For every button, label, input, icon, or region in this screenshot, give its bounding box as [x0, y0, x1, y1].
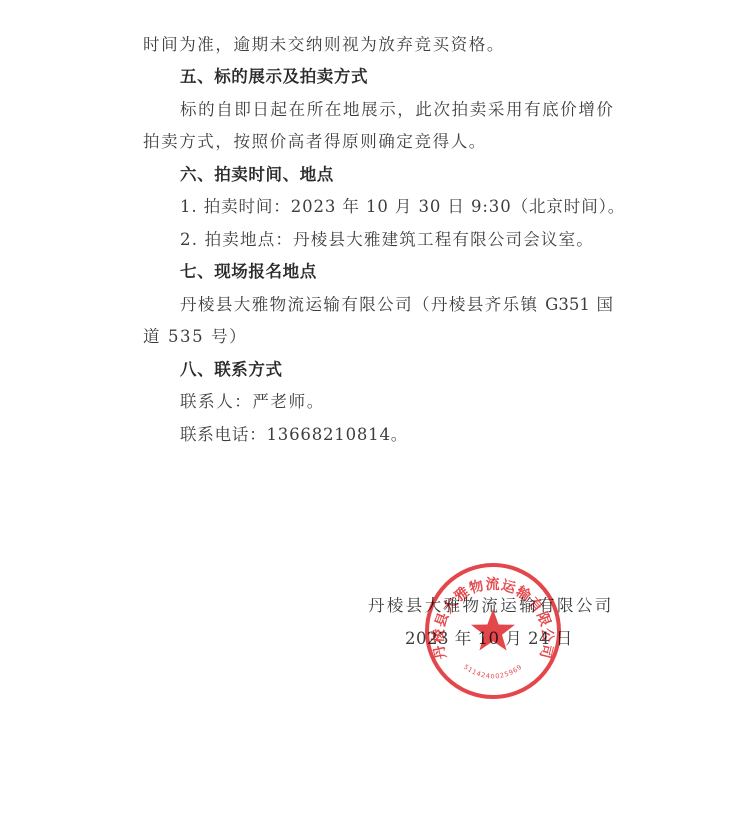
company-seal-stamp-icon: 丹棱县大雅物流运输有限公司 5114240025969	[423, 561, 563, 701]
registration-location-line-2: 道 535 号）	[143, 326, 613, 348]
contact-person: 联系人：严老师。	[180, 391, 613, 413]
auction-location-item: 2. 拍卖地点：丹棱县大雅建筑工程有限公司会议室。	[180, 229, 613, 251]
contact-phone: 联系电话：13668210814。	[180, 424, 613, 446]
auction-time-item: 1. 拍卖时间：2023 年 10 月 30 日 9:30（北京时间）。	[180, 196, 613, 218]
section-6-heading: 六、拍卖时间、地点	[180, 164, 613, 186]
svg-text:5114240025969: 5114240025969	[462, 663, 524, 681]
section-8-heading: 八、联系方式	[180, 359, 613, 381]
paragraph-deposit-deadline-tail: 时间为准，逾期未交纳则视为放弃竞买资格。	[143, 34, 613, 56]
section-5-heading: 五、标的展示及拍卖方式	[180, 66, 613, 88]
section-5-body-line-2: 拍卖方式，按照价高者得原则确定竞得人。	[143, 131, 613, 153]
section-7-heading: 七、现场报名地点	[180, 261, 613, 283]
section-5-body-line-1: 标的自即日起在所在地展示，此次拍卖采用有底价增价	[180, 99, 613, 121]
registration-location-line-1: 丹棱县大雅物流运输有限公司（丹棱县齐乐镇 G351 国	[180, 294, 613, 316]
document-page: 时间为准，逾期未交纳则视为放弃竞买资格。 五、标的展示及拍卖方式 标的自即日起在…	[0, 0, 754, 834]
